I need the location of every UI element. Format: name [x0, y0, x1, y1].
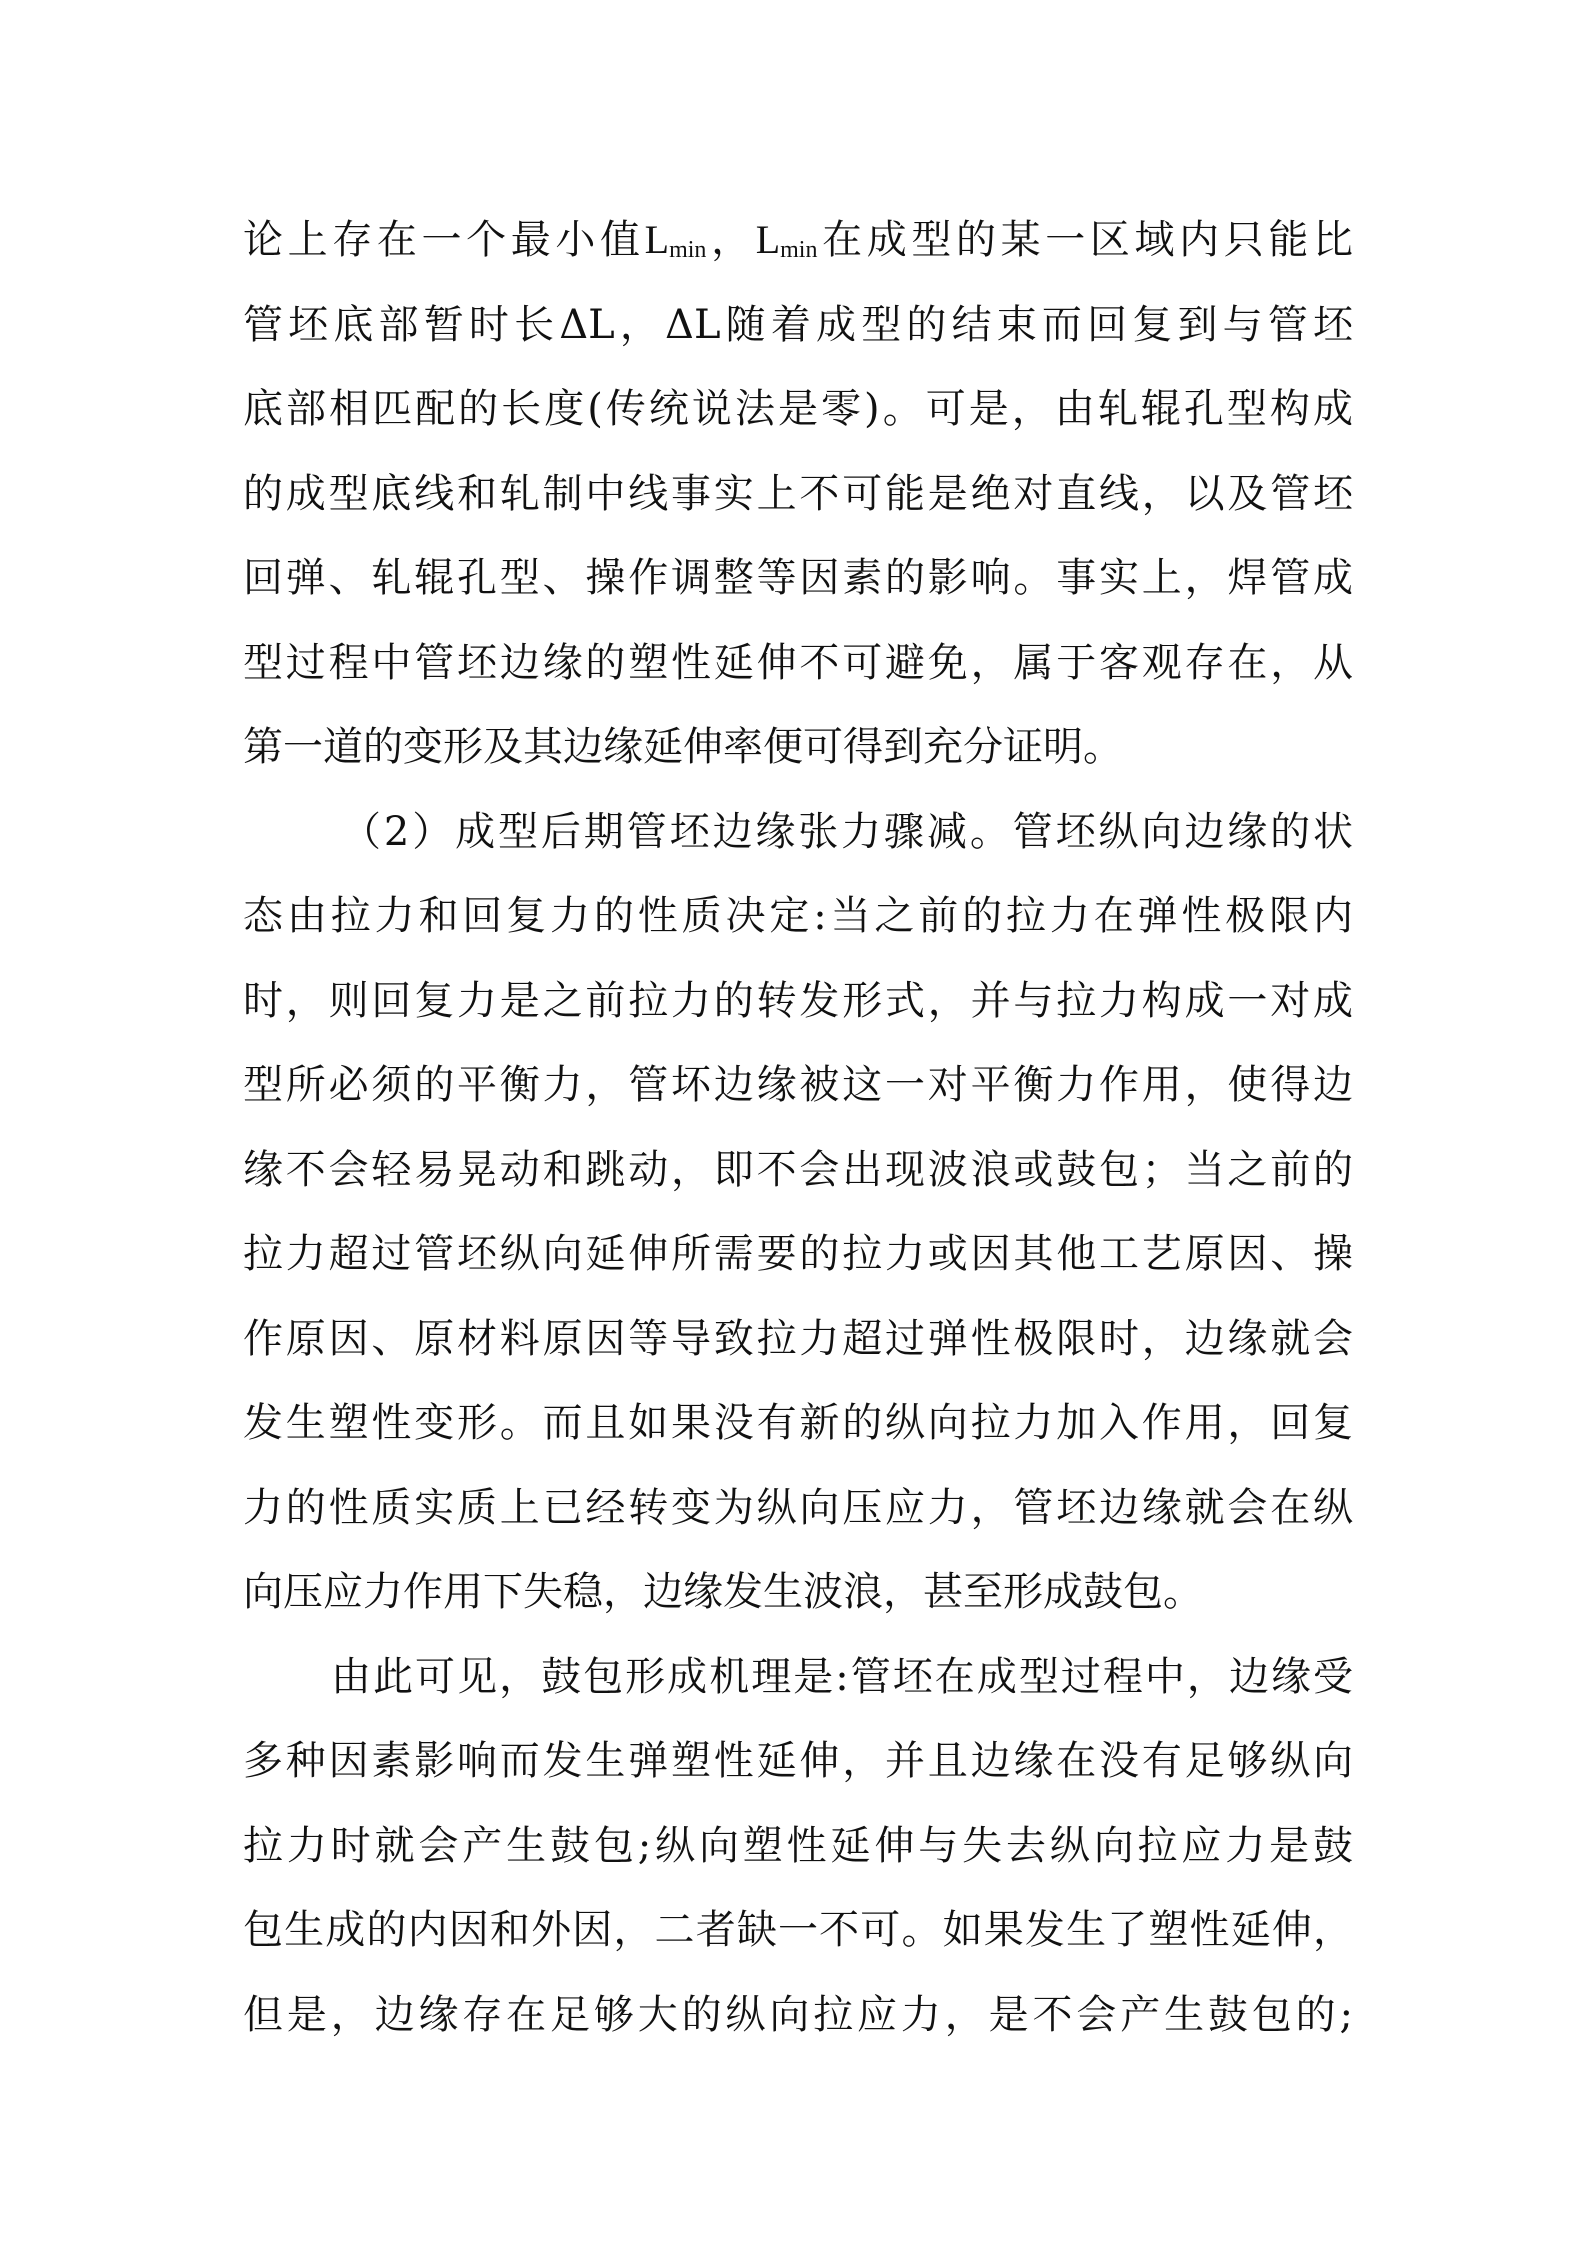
text-span: 在成型的某一区域内只能比: [817, 217, 1353, 263]
text-line: 底部相匹配的长度(传统说法是零)。可是，由轧辊孔型构成: [243, 367, 1353, 452]
text-line: 态由拉力和回复力的性质决定:当之前的拉力在弹性极限内: [243, 874, 1353, 959]
section-heading-line: （2）成型后期管坯边缘张力骤减。管坯纵向边缘的状: [243, 790, 1353, 875]
text-span: ，: [706, 217, 755, 263]
text-line: 力的性质实质上已经转变为纵向压应力，管坯边缘就会在纵: [243, 1466, 1353, 1551]
text-line: 由此可见，鼓包形成机理是:管坯在成型过程中，边缘受: [243, 1635, 1353, 1720]
text-line: 型所必须的平衡力，管坏边缘被这一对平衡力作用，使得边: [243, 1043, 1353, 1128]
text-line: 向压应力作用下失稳，边缘发生波浪，甚至形成鼓包。: [243, 1550, 1353, 1635]
text-line: 管坯底部暂时长ΔL，ΔL随着成型的结束而回复到与管坯: [243, 283, 1353, 368]
subscript-min: min: [780, 237, 817, 263]
text-line: 时，则回复力是之前拉力的转发形式，并与拉力构成一对成: [243, 959, 1353, 1044]
document-page: 论上存在一个最小值Lmin，Lmin在成型的某一区域内只能比 管坯底部暂时长ΔL…: [243, 198, 1353, 2057]
text-line: 但是，边缘存在足够大的纵向拉应力，是不会产生鼓包的;: [243, 1973, 1353, 2058]
text-line: 包生成的内因和外因，二者缺一不可。如果发生了塑性延伸，: [243, 1888, 1353, 1973]
text-line: 论上存在一个最小值Lmin，Lmin在成型的某一区域内只能比: [243, 198, 1353, 283]
text-span: 论上存在一个最小值: [243, 217, 645, 263]
paragraph-continued: 论上存在一个最小值Lmin，Lmin在成型的某一区域内只能比 管坯底部暂时长ΔL…: [243, 198, 1353, 790]
symbol-L: L: [756, 217, 780, 262]
text-line: 缘不会轻易晃动和跳动，即不会出现波浪或鼓包；当之前的: [243, 1128, 1353, 1213]
text-line: 拉力时就会产生鼓包;纵向塑性延伸与失去纵向拉应力是鼓: [243, 1804, 1353, 1889]
text-line: 拉力超过管坯纵向延伸所需要的拉力或因其他工艺原因、操: [243, 1212, 1353, 1297]
paragraph-conclusion: 由此可见，鼓包形成机理是:管坯在成型过程中，边缘受 多种因素影响而发生弹塑性延伸…: [243, 1635, 1353, 2058]
text-line: 回弹、轧辊孔型、操作调整等因素的影响。事实上，焊管成: [243, 536, 1353, 621]
text-line: 型过程中管坯边缘的塑性延伸不可避免，属于客观存在，从: [243, 621, 1353, 706]
symbol-L: L: [645, 217, 669, 262]
paragraph-section-2: （2）成型后期管坯边缘张力骤减。管坯纵向边缘的状 态由拉力和回复力的性质决定:当…: [243, 790, 1353, 1635]
text-line: 多种因素影响而发生弹塑性延伸，并且边缘在没有足够纵向: [243, 1719, 1353, 1804]
text-line: 发生塑性变形。而且如果没有新的纵向拉力加入作用，回复: [243, 1381, 1353, 1466]
text-line: 第一道的变形及其边缘延伸率便可得到充分证明。: [243, 705, 1353, 790]
text-line: 作原因、原材料原因等导致拉力超过弹性极限时，边缘就会: [243, 1297, 1353, 1382]
text-line: 的成型底线和轧制中线事实上不可能是绝对直线，以及管坯: [243, 452, 1353, 537]
subscript-min: min: [669, 237, 706, 263]
